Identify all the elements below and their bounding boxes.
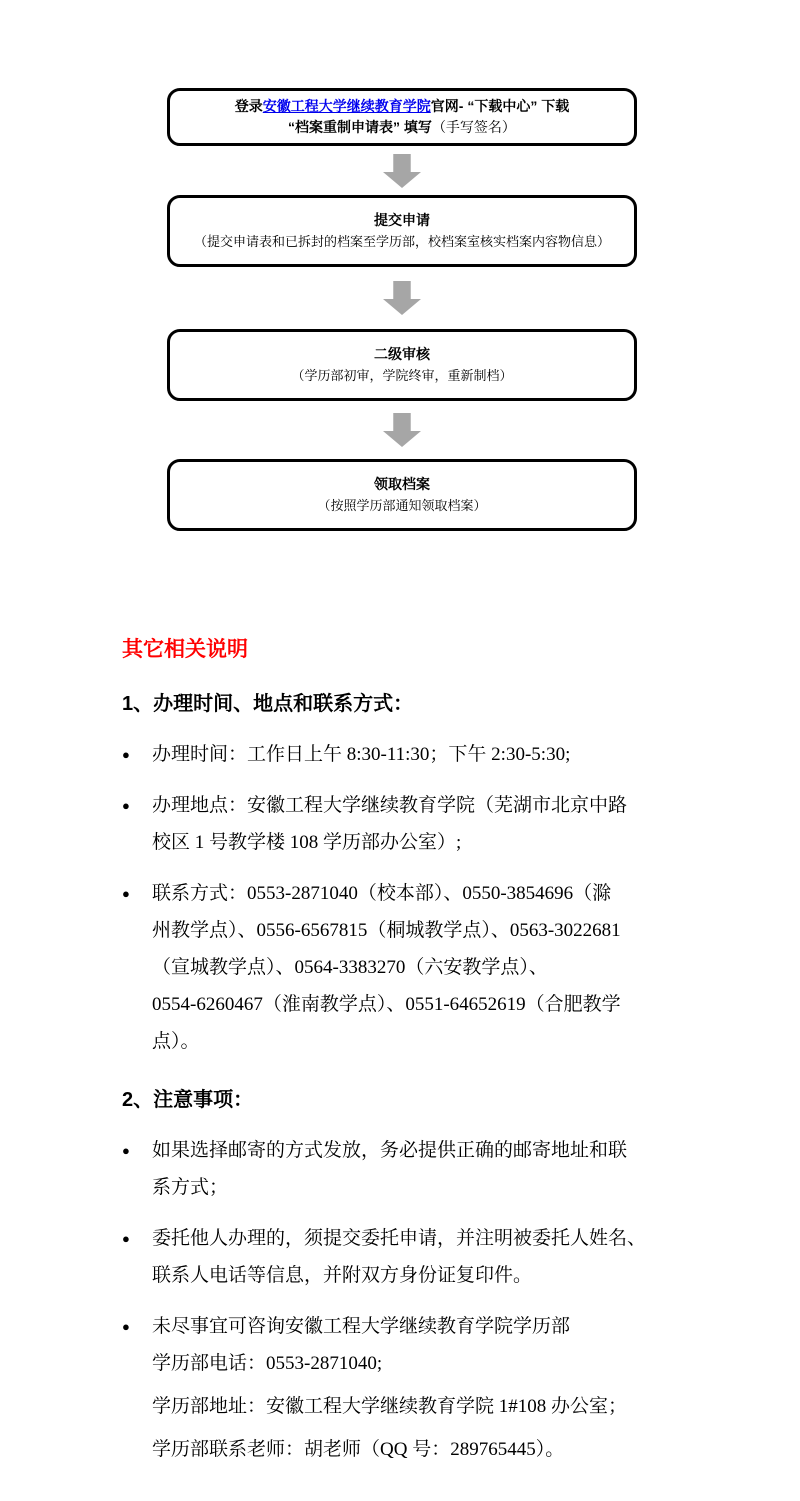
bullet-line: 校区 1 号教学楼 108 学历部办公室）; [152, 824, 682, 861]
bullet-line: 州教学点）、0556-6567815（桐城教学点）、0563-3022681 [152, 912, 682, 949]
bullet-further-contact: ● 未尽事宜可咨询安徽工程大学继续教育学院学历部 学历部电话：0553-2871… [122, 1308, 682, 1468]
bullet-line: 办理地点：安徽工程大学继续教育学院（芜湖市北京中路 [152, 787, 682, 824]
bullet-icon: ● [122, 1308, 152, 1345]
document-page: 登录安徽工程大学继续教育学院官网- “下载中心” 下载 “档案重制申请表” 填写… [0, 0, 800, 1501]
other-notes-heading: 其它相关说明 [122, 635, 682, 664]
flow-step-submit-application: 提交申请 （提交申请表和已拆封的档案至学历部，校档案室核实档案内容物信息） [167, 195, 637, 267]
bullet-line: 委托他人办理的，须提交委托申请，并注明被委托人姓名、 [152, 1220, 682, 1257]
college-website-link[interactable]: 安徽工程大学继续教育学院 [263, 98, 431, 114]
bullet-line: 0554-6260467（淮南教学点）、0551-64652619（合肥教学 [152, 986, 682, 1023]
step1-signature-note: （手写签名） [432, 119, 516, 135]
bullet-line: 未尽事宜可咨询安徽工程大学继续教育学院学历部 [152, 1308, 682, 1345]
flow-step-download-form: 登录安徽工程大学继续教育学院官网- “下载中心” 下载 “档案重制申请表” 填写… [167, 88, 637, 146]
flow-step1-line1: 登录安徽工程大学继续教育学院官网- “下载中心” 下载 [182, 96, 622, 117]
notes-section: 其它相关说明 1、办理时间、地点和联系方式： ● 办理时间：工作日上午 8:30… [122, 635, 682, 1468]
section2-bullets: ● 如果选择邮寄的方式发放，务必提供正确的邮寄地址和联 系方式； ● 委托他人办… [122, 1132, 682, 1468]
bullet-line: （宣城教学点）、0564-3383270（六安教学点）、 [152, 949, 682, 986]
bullet-icon: ● [122, 875, 152, 912]
bullet-delegation-notice: ● 委托他人办理的，须提交委托申请，并注明被委托人姓名、 联系人电话等信息，并附… [122, 1220, 682, 1294]
bullet-line: 如果选择邮寄的方式发放，务必提供正确的邮寄地址和联 [152, 1132, 682, 1169]
down-arrow-icon [383, 281, 421, 315]
step4-subtitle: （按照学历部通知领取档案） [180, 495, 624, 517]
step2-subtitle: （提交申请表和已拆封的档案至学历部，校档案室核实档案内容物信息） [180, 231, 624, 253]
flowchart: 登录安徽工程大学继续教育学院官网- “下载中心” 下载 “档案重制申请表” 填写… [167, 0, 637, 531]
flow-step1-line2: “档案重制申请表” 填写（手写签名） [182, 117, 622, 138]
step1-form-text: “档案重制申请表” 填写 [288, 119, 432, 135]
step2-title: 提交申请 [180, 209, 624, 231]
bullet-icon: ● [122, 736, 152, 773]
flow-step-collect-archive: 领取档案 （按照学历部通知领取档案） [167, 459, 637, 531]
bullet-office-location: ● 办理地点：安徽工程大学继续教育学院（芜湖市北京中路 校区 1 号教学楼 10… [122, 787, 682, 861]
bullet-line: 学历部联系老师：胡老师（QQ 号：289765445）。 [152, 1431, 682, 1468]
bullet-contact-numbers: ● 联系方式：0553-2871040（校本部）、0550-3854696（滁 … [122, 875, 682, 1060]
bullet-line: 点）。 [152, 1023, 682, 1060]
down-arrow-icon [383, 413, 421, 447]
bullet-mailing-notice: ● 如果选择邮寄的方式发放，务必提供正确的邮寄地址和联 系方式； [122, 1132, 682, 1206]
step3-subtitle: （学历部初审，学院终审，重新制档） [180, 365, 624, 387]
step1-suffix: 官网- “下载中心” 下载 [431, 98, 569, 114]
step4-title: 领取档案 [180, 473, 624, 495]
section1-title: 1、办理时间、地点和联系方式： [122, 690, 682, 718]
bullet-icon: ● [122, 1220, 152, 1257]
section2-title: 2、注意事项： [122, 1086, 682, 1114]
step1-prefix: 登录 [235, 98, 263, 114]
bullet-office-hours: ● 办理时间：工作日上午 8:30-11:30；下午 2:30-5:30; [122, 736, 682, 773]
bullet-line: 联系方式：0553-2871040（校本部）、0550-3854696（滁 [152, 875, 682, 912]
step3-title: 二级审核 [180, 343, 624, 365]
section1-bullets: ● 办理时间：工作日上午 8:30-11:30；下午 2:30-5:30; ● … [122, 736, 682, 1060]
bullet-line: 联系人电话等信息，并附双方身份证复印件。 [152, 1257, 682, 1294]
bullet-line: 学历部地址：安徽工程大学继续教育学院 1#108 办公室； [152, 1388, 682, 1425]
bullet-line: 学历部电话：0553-2871040; [152, 1345, 682, 1382]
down-arrow-icon [383, 154, 421, 188]
flow-step-two-level-review: 二级审核 （学历部初审，学院终审，重新制档） [167, 329, 637, 401]
bullet-icon: ● [122, 787, 152, 824]
bullet-line: 办理时间：工作日上午 8:30-11:30；下午 2:30-5:30; [152, 736, 682, 773]
bullet-line: 系方式； [152, 1169, 682, 1206]
bullet-icon: ● [122, 1132, 152, 1169]
